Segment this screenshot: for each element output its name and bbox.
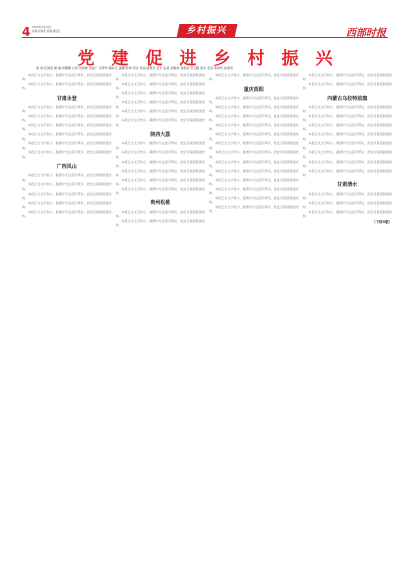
paragraph: 本段正文文字较小，截图中无法逐字辨识，此处仅保留版面结构。: [209, 187, 299, 196]
paragraph: 本段正文文字较小，截图中无法逐字辨识，此处仅保留版面结构。: [209, 105, 299, 114]
paragraph: 本段正文文字较小，截图中无法逐字辨识，此处仅保留版面结构。: [209, 169, 299, 178]
paragraph: 本段正文文字较小，截图中无法逐字辨识，此处仅保留版面结构。: [303, 114, 393, 123]
article-columns: 本段正文文字较小，截图中无法逐字辨识，此处仅保留版面结构。 本段正文文字较小，截…: [22, 73, 392, 567]
section-heading: 贵州松桃: [116, 201, 206, 205]
paragraph: 本段正文文字较小，截图中无法逐字辨识，此处仅保留版面结构。: [22, 82, 112, 91]
paragraph: 本段正文文字较小，截图中无法逐字辨识，此处仅保留版面结构。: [116, 73, 206, 82]
paragraph: 本段正文文字较小，截图中无法逐字辨识，此处仅保留版面结构。: [116, 109, 206, 118]
paragraph: 本段正文文字较小，截图中无法逐字辨识，此处仅保留版面结构。: [22, 173, 112, 182]
paragraph: 本段正文文字较小，截图中无法逐字辨识，此处仅保留版面结构。: [116, 160, 206, 169]
paragraph: 本段正文文字较小，截图中无法逐字辨识，此处仅保留版面结构。: [116, 178, 206, 187]
section-banner: 乡村振兴: [177, 24, 238, 38]
section-heading: 重庆酉阳: [209, 88, 299, 92]
paragraph: 本段正文文字较小，截图中无法逐字辨识，此处仅保留版面结构。: [303, 160, 393, 169]
paragraph: 本段正文文字较小，截图中无法逐字辨识，此处仅保留版面结构。: [116, 169, 206, 178]
paragraph: 本段正文文字较小，截图中无法逐字辨识，此处仅保留版面结构。: [116, 82, 206, 91]
issue-info: 2020年3月24日 责编:张海燕 美编:黄俊红: [32, 26, 61, 33]
paragraph: 本段正文文字较小，截图中无法逐字辨识，此处仅保留版面结构。: [116, 219, 206, 228]
paragraph: 本段正文文字较小，截图中无法逐字辨识，此处仅保留版面结构。: [303, 123, 393, 132]
paragraph: 本段正文文字较小，截图中无法逐字辨识，此处仅保留版面结构。: [303, 82, 393, 91]
paragraph: 本段正文文字较小，截图中无法逐字辨识，此处仅保留版面结构。: [22, 123, 112, 132]
column-4: 本段正文文字较小，截图中无法逐字辨识，此处仅保留版面结构。 本段正文文字较小，截…: [303, 73, 393, 567]
continuation-marker: （下转3版）: [303, 220, 393, 224]
paragraph: 本段正文文字较小，截图中无法逐字辨识，此处仅保留版面结构。: [303, 132, 393, 141]
paragraph: 本段正文文字较小，截图中无法逐字辨识，此处仅保留版面结构。: [22, 210, 112, 219]
paragraph: 本段正文文字较小，截图中无法逐字辨识，此处仅保留版面结构。: [303, 105, 393, 114]
paragraph: 本段正文文字较小，截图中无法逐字辨识，此处仅保留版面结构。: [22, 201, 112, 210]
paragraph: 本段正文文字较小，截图中无法逐字辨识，此处仅保留版面结构。: [209, 178, 299, 187]
byline: 策 划:张海燕 撰 稿:刘娜娜 白雪 刘怡敏 宋俊广 闫登华 魏彩元 黄鹏 陈坤…: [36, 66, 376, 70]
paragraph: 本段正文文字较小，截图中无法逐字辨识，此处仅保留版面结构。: [303, 210, 393, 219]
paragraph: 本段正文文字较小，截图中无法逐字辨识，此处仅保留版面结构。: [209, 132, 299, 141]
section-heading: 陕西大荔: [116, 133, 206, 137]
paragraph: 本段正文文字较小，截图中无法逐字辨识，此处仅保留版面结构。: [209, 160, 299, 169]
paragraph: 本段正文文字较小，截图中无法逐字辨识，此处仅保留版面结构。: [116, 91, 206, 100]
paragraph: 本段正文文字较小，截图中无法逐字辨识，此处仅保留版面结构。: [209, 150, 299, 159]
page-header: 4 2020年3月24日 责编:张海燕 美编:黄俊红 乡村振兴 西部时报: [0, 24, 410, 40]
paragraph: 本段正文文字较小，截图中无法逐字辨识，此处仅保留版面结构。: [209, 141, 299, 150]
paragraph: 本段正文文字较小，截图中无法逐字辨识，此处仅保留版面结构。: [303, 169, 393, 178]
paragraph: 本段正文文字较小，截图中无法逐字辨识，此处仅保留版面结构。: [116, 210, 206, 219]
paragraph: 本段正文文字较小，截图中无法逐字辨识，此处仅保留版面结构。: [209, 73, 299, 82]
paragraph: 本段正文文字较小，截图中无法逐字辨识，此处仅保留版面结构。: [209, 114, 299, 123]
paragraph: 本段正文文字较小，截图中无法逐字辨识，此处仅保留版面结构。: [116, 141, 206, 150]
paragraph: 本段正文文字较小，截图中无法逐字辨识，此处仅保留版面结构。: [303, 192, 393, 201]
paragraph: 本段正文文字较小，截图中无法逐字辨识，此处仅保留版面结构。: [209, 123, 299, 132]
paragraph: 本段正文文字较小，截图中无法逐字辨识，此处仅保留版面结构。: [22, 182, 112, 191]
paragraph: 本段正文文字较小，截图中无法逐字辨识，此处仅保留版面结构。: [22, 150, 112, 159]
masthead-logo: 西部时报: [346, 24, 386, 39]
paragraph: 本段正文文字较小，截图中无法逐字辨识，此处仅保留版面结构。: [22, 192, 112, 201]
column-2: 本段正文文字较小，截图中无法逐字辨识，此处仅保留版面结构。 本段正文文字较小，截…: [116, 73, 206, 567]
paragraph: 本段正文文字较小，截图中无法逐字辨识，此处仅保留版面结构。: [116, 100, 206, 109]
paragraph: 本段正文文字较小，截图中无法逐字辨识，此处仅保留版面结构。: [22, 73, 112, 82]
column-3: 本段正文文字较小，截图中无法逐字辨识，此处仅保留版面结构。 重庆酉阳 本段正文文…: [209, 73, 299, 567]
paragraph: 本段正文文字较小，截图中无法逐字辨识，此处仅保留版面结构。: [209, 96, 299, 105]
paragraph: 本段正文文字较小，截图中无法逐字辨识，此处仅保留版面结构。: [303, 150, 393, 159]
paragraph: 本段正文文字较小，截图中无法逐字辨识，此处仅保留版面结构。: [22, 114, 112, 123]
paragraph: 本段正文文字较小，截图中无法逐字辨识，此处仅保留版面结构。: [22, 105, 112, 114]
section-heading: 内蒙古乌拉特前旗: [303, 97, 393, 101]
paragraph: 本段正文文字较小，截图中无法逐字辨识，此处仅保留版面结构。: [209, 196, 299, 205]
paragraph: 本段正文文字较小，截图中无法逐字辨识，此处仅保留版面结构。: [116, 118, 206, 127]
section-heading: 广西凤山: [22, 165, 112, 169]
paragraph: 本段正文文字较小，截图中无法逐字辨识，此处仅保留版面结构。: [22, 141, 112, 150]
section-heading: 甘肃清水: [303, 183, 393, 187]
column-1: 本段正文文字较小，截图中无法逐字辨识，此处仅保留版面结构。 本段正文文字较小，截…: [22, 73, 112, 567]
paragraph: 本段正文文字较小，截图中无法逐字辨识，此处仅保留版面结构。: [303, 201, 393, 210]
paragraph: 本段正文文字较小，截图中无法逐字辨识，此处仅保留版面结构。: [116, 187, 206, 196]
paragraph: 本段正文文字较小，截图中无法逐字辨识，此处仅保留版面结构。: [303, 141, 393, 150]
section-heading: 甘肃永登: [22, 97, 112, 101]
issue-editors: 责编:张海燕 美编:黄俊红: [32, 30, 61, 34]
paragraph: 本段正文文字较小，截图中无法逐字辨识，此处仅保留版面结构。: [116, 150, 206, 159]
paragraph: 本段正文文字较小，截图中无法逐字辨识，此处仅保留版面结构。: [303, 73, 393, 82]
paragraph: 本段正文文字较小，截图中无法逐字辨识，此处仅保留版面结构。: [209, 205, 299, 214]
paragraph: 本段正文文字较小，截图中无法逐字辨识，此处仅保留版面结构。: [22, 132, 112, 141]
